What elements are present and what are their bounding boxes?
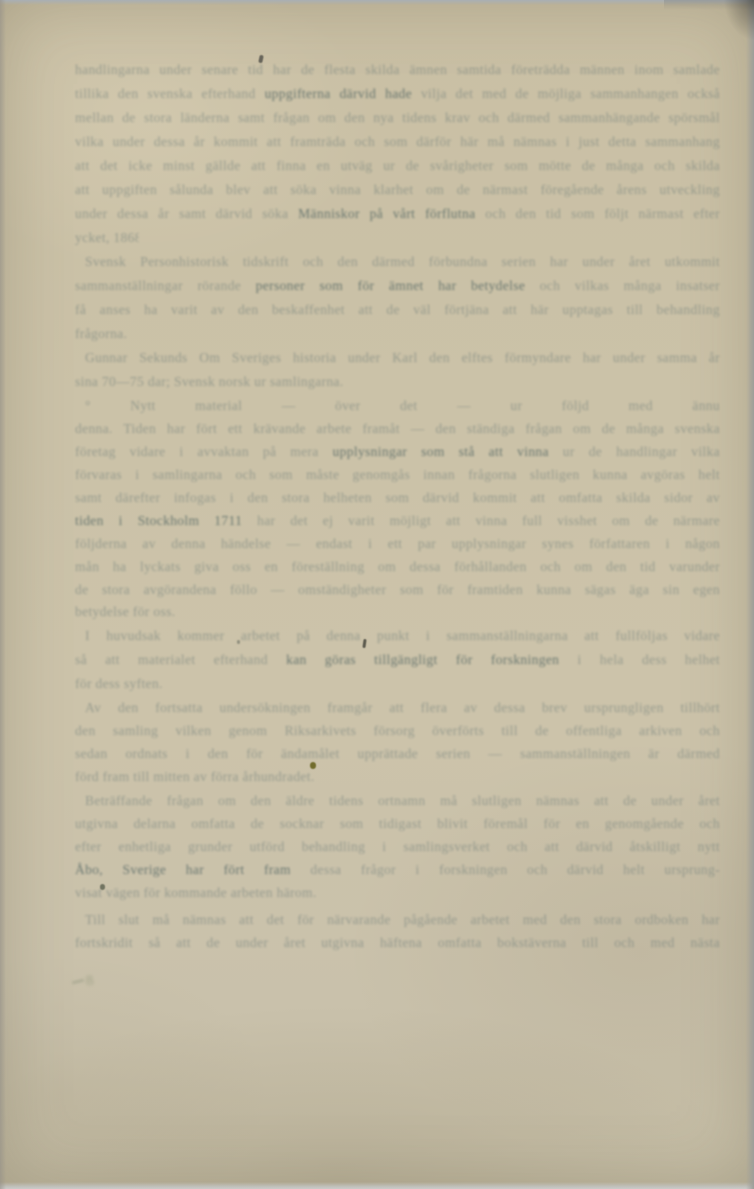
- text-line: så att materialet efterhand kan göras ti…: [75, 652, 720, 668]
- text-line: följderna av denna händelse — endast i e…: [75, 536, 720, 552]
- text-line: efter enhetliga grunder utförd behandlin…: [75, 839, 720, 855]
- text-layer: handlingarna under senare tid har de fle…: [0, 0, 754, 1189]
- text-line: Av den fortsatta undersökningen framgår …: [85, 700, 720, 716]
- text-line: den samling vilken genom Riksarkivets fö…: [75, 723, 720, 739]
- text-line: fortskridit så att de under året utgivna…: [75, 935, 720, 951]
- text-line: denna. Tiden har fört ett krävande arbet…: [75, 421, 720, 437]
- text-line: betydelse för oss.: [75, 604, 187, 620]
- text-line: de stora avgörandena föllo — omständighe…: [75, 582, 720, 598]
- text-line: Till slut må nämnas att det för närvaran…: [85, 912, 720, 928]
- text-line: utgivna delarna omfatta de socknar som t…: [75, 816, 720, 832]
- ink-speck: [310, 762, 316, 769]
- text-line: att det icke minst gällde att finna en u…: [75, 158, 720, 174]
- scanned-page: handlingarna under senare tid har de fle…: [0, 0, 754, 1189]
- text-line: ° Nytt material — över det — ur följd me…: [85, 398, 720, 414]
- text-line: Beträffande frågan om den äldre tidens o…: [85, 793, 720, 809]
- text-line: Åbo, Sverige har fört fram dessa frågor …: [75, 862, 720, 878]
- text-line: företag vidare i avvaktan på mera upplys…: [75, 444, 720, 460]
- text-line: handlingarna under senare tid har de fle…: [75, 62, 720, 78]
- text-line: vilka under dessa år kommit att framträd…: [75, 134, 720, 150]
- text-line: sammanställningar rörande personer som f…: [75, 278, 720, 294]
- text-line: förd fram till mitten av förra århundrad…: [75, 769, 405, 785]
- text-line: att uppgiften sålunda blev att söka vinn…: [75, 182, 720, 198]
- text-line: sedan ordnats i den för ändamålet upprät…: [75, 746, 720, 762]
- text-line: Gunnar Sekunds Om Sveriges historia unde…: [85, 350, 720, 366]
- text-line: visat vägen för kommande arbeten härom.: [75, 885, 425, 901]
- text-line: under dessa år samt därvid söka Människo…: [75, 206, 720, 222]
- ink-speck: [100, 884, 105, 890]
- text-line: Svensk Personhistorisk tidskrift och den…: [85, 254, 720, 270]
- text-line: få anses ha varit av den beskaffenhet at…: [75, 302, 720, 318]
- text-line: mellan de stora länderna samt frågan om …: [75, 110, 720, 126]
- text-line: tiden i Stockholm 1711 har det ej varit …: [75, 513, 720, 529]
- ink-speck: [237, 640, 240, 644]
- text-line: I huvudsak kommer arbetet på denna punkt…: [85, 628, 720, 644]
- text-line: tillika den svenska efterhand uppgiftern…: [75, 86, 720, 102]
- text-line: för dess syften.: [75, 676, 175, 692]
- text-line: sina 70—75 dar; Svensk norsk ur samlinga…: [75, 374, 420, 390]
- text-line: ycket, 1868.: [75, 230, 139, 246]
- text-line: förvaras i samlingarna och som måste gen…: [75, 467, 720, 483]
- text-line: mån ha lyckats giva oss en föreställning…: [75, 559, 720, 575]
- text-line: frågorna.: [75, 326, 133, 342]
- text-line: samt därefter infogas i den stora helhet…: [75, 490, 720, 506]
